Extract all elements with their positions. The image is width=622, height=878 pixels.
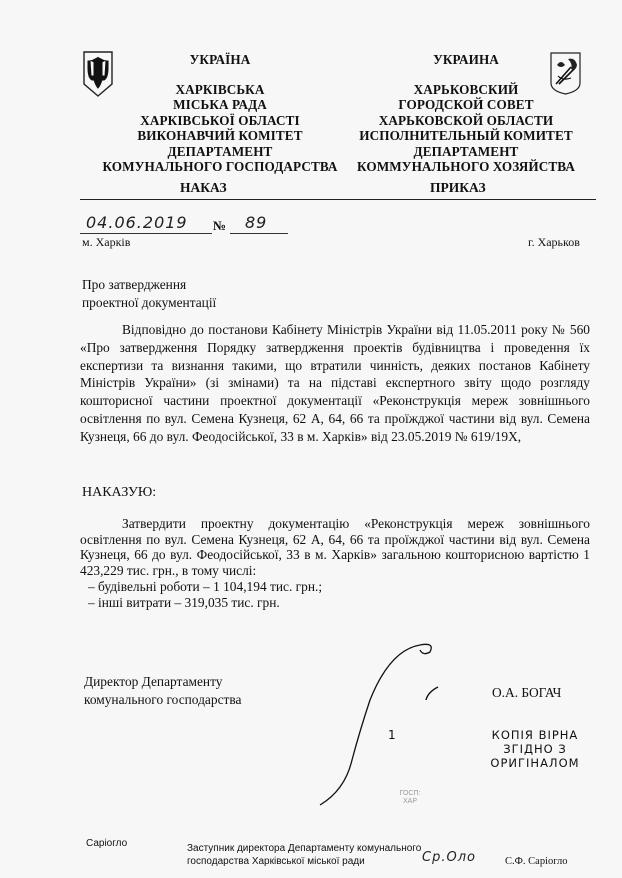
date-underline	[80, 233, 212, 234]
order-number: 89	[245, 213, 267, 232]
preamble: Відповідно до постанови Кабінету Міністр…	[80, 321, 590, 446]
signatory-name: О.А. БОГАЧ	[492, 685, 561, 701]
signatory-position: Директор Департаменту комунального госпо…	[84, 673, 241, 709]
header-divider	[80, 199, 596, 200]
preamble-text: Відповідно до постанови Кабінету Міністр…	[80, 321, 590, 446]
position-line: Директор Департаменту	[84, 673, 241, 691]
subject-line: проектної документації	[82, 294, 216, 312]
decision-text: Затвердити проектну документацію «Реконс…	[80, 516, 590, 579]
order-date: 04.06.2019	[86, 213, 188, 232]
subject-line: Про затвердження	[82, 276, 216, 294]
position-line: комунального господарства	[84, 691, 241, 709]
doc-type-ru: ПРИКАЗ	[430, 180, 486, 196]
kharkiv-coat-of-arms-icon	[549, 51, 582, 96]
header-line: МІСЬКА РАДА	[100, 97, 340, 113]
doc-type-ua: НАКАЗ	[180, 180, 227, 196]
city-ru: г. Харьков	[528, 235, 580, 250]
header-line: ХАРЬКОВСКОЙ ОБЛАСТИ	[350, 113, 582, 129]
stamp-line: ЗГІДНО З	[470, 742, 600, 756]
header-line: ДЕПАРТАМЕНТ	[350, 144, 582, 160]
executor-name: Саріогло	[86, 838, 127, 851]
header-line: ХАРЬКОВСКИЙ	[350, 82, 582, 98]
certifier-signature: Ср.Оло	[422, 850, 476, 865]
decision: Затвердити проектну документацію «Реконс…	[80, 516, 590, 610]
number-underline	[230, 233, 288, 234]
country-name-ua: УКРАЇНА	[100, 52, 340, 68]
order-word: НАКАЗУЮ:	[82, 485, 156, 501]
header-right: УКРАИНА ХАРЬКОВСКИЙ ГОРОДСКОЙ СОВЕТ ХАРЬ…	[350, 52, 582, 175]
cost-item: – будівельні роботи – 1 104,194 тис. грн…	[80, 579, 590, 595]
header-line: ИСПОЛНИТЕЛЬНЫЙ КОМИТЕТ	[350, 128, 582, 144]
certifier-line: Заступник директора Департаменту комунал…	[187, 843, 421, 856]
subject: Про затвердження проектної документації	[82, 276, 216, 312]
stamp-line: ОРИГІНАЛОМ	[470, 756, 600, 770]
number-label: №	[213, 218, 226, 234]
country-name-ru: УКРАИНА	[350, 52, 582, 68]
header-line: КОМУНАЛЬНОГО ГОСПОДАРСТВА	[100, 159, 340, 175]
stamp-line: КОПІЯ ВІРНА	[470, 728, 600, 742]
city-ua: м. Харків	[82, 235, 130, 250]
faint-seal-text: ГОСП: ХАР	[395, 790, 425, 806]
header-line: ВИКОНАВЧИЙ КОМІТЕТ	[100, 128, 340, 144]
faint-seal-line: ГОСП:	[395, 790, 425, 798]
signature-scribble	[290, 630, 470, 810]
cost-item: – інші витрати – 319,035 тис. грн.	[80, 595, 590, 611]
copy-certified-stamp: КОПІЯ ВІРНА ЗГІДНО З ОРИГІНАЛОМ	[470, 728, 600, 770]
margin-mark: 1	[388, 728, 396, 742]
certifier-line: господарства Харківської міської ради	[187, 856, 421, 869]
header-line: ХАРКІВСЬКА	[100, 82, 340, 98]
header-line: ГОРОДСКОЙ СОВЕТ	[350, 97, 582, 113]
header-left: УКРАЇНА ХАРКІВСЬКА МІСЬКА РАДА ХАРКІВСЬК…	[100, 52, 340, 175]
certifier-position: Заступник директора Департаменту комунал…	[187, 843, 421, 868]
faint-seal-line: ХАР	[395, 798, 425, 806]
header-line: КОММУНАЛЬНОГО ХОЗЯЙСТВА	[350, 159, 582, 175]
header-line: ХАРКІВСЬКОЇ ОБЛАСТІ	[100, 113, 340, 129]
header-line: ДЕПАРТАМЕНТ	[100, 144, 340, 160]
certifier-name: С.Ф. Саріогло	[505, 856, 568, 869]
